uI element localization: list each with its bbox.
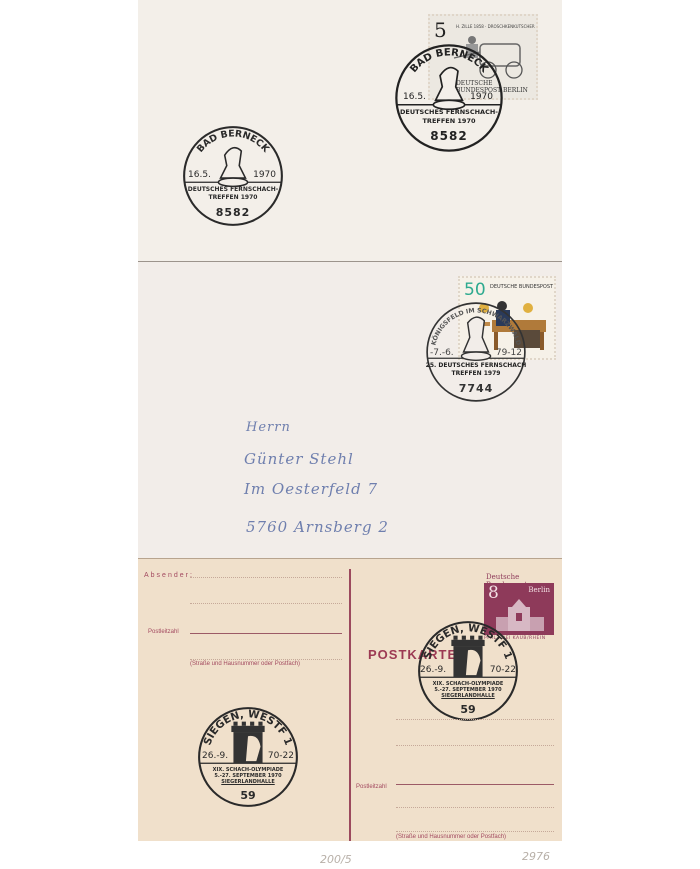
address-line-1	[396, 719, 554, 720]
postmark-koenigsfeld: KÖNIGSFELD IM SCHWARZWALD -7.-6. 79-12 2…	[424, 300, 528, 404]
postmark-event-line2: TREFFEN 1979	[424, 370, 528, 377]
envelope-koenigsfeld: 50 DEUTSCHE BUNDESPOST KÖNIGSFELD IM SCH…	[138, 261, 562, 559]
postmark-date: 26.-9.	[420, 665, 446, 675]
street-label-right: (Straße und Hausnummer oder Postfach)	[396, 834, 506, 840]
street-line-right	[396, 807, 554, 808]
stamp-value: 5	[434, 18, 447, 42]
postmark-date: 26.-9.	[202, 751, 228, 761]
postmark-bad-berneck-left: BAD BERNECK 16.5. 1970 DEUTSCHES FERNSCH…	[180, 124, 286, 228]
address-name: Günter Stehl	[244, 450, 354, 468]
stamp-value: 50	[464, 280, 486, 300]
street-label-left: (Straße und Hausnummer oder Postfach)	[190, 661, 300, 667]
stamp-overprint: Berlin	[528, 586, 550, 594]
postmark-postcode: 59	[196, 789, 300, 802]
postmark-time: 70-22	[490, 665, 516, 675]
postmark-date: 16.5.	[188, 170, 211, 180]
postmark-postcode: 59	[414, 703, 522, 716]
address-street: Im Oesterfeld 7	[244, 480, 378, 498]
sender-line-1	[190, 577, 342, 578]
sender-line-2	[190, 603, 342, 604]
postmark-bad-berneck-on-stamp: BAD BERNECK 16.5. 1970 DEUTSCHES FERNSCH…	[393, 42, 505, 154]
postcode-line-right	[396, 784, 554, 785]
sender-label: Absender:	[144, 572, 194, 579]
postmark-postcode: 8582	[393, 129, 505, 143]
postmark-date: 16.5.	[403, 92, 426, 102]
postmark-siegen-right: SIEGEN, WESTF 1 26.-9. 70-22 XIX. SCHACH…	[414, 619, 522, 723]
postmark-event-line3: SIEGERLANDHALLE	[196, 779, 300, 785]
postcard-siegen: Absender: Postleitzahl (Straße und Hausn…	[138, 558, 562, 841]
postmark-postcode: 7744	[424, 382, 528, 395]
postcard-divider	[349, 569, 351, 841]
postmark-siegen-left: SIEGEN, WESTF 1 26.-9. 70-22 XIX. SCHACH…	[196, 705, 300, 809]
street-line-right-2	[396, 831, 554, 832]
address-city: 5760 Arnsberg 2	[246, 518, 389, 536]
postmark-year: 1970	[253, 170, 276, 180]
stamp-top-caption: H. ZILLE 1858 · DROSCHKENKUTSCHER	[456, 24, 535, 29]
address-salutation: Herrn	[246, 420, 291, 435]
postmark-event-line2: TREFFEN 1970	[180, 194, 286, 201]
postmark-event-line1: DEUTSCHES FERNSCHACH-	[393, 108, 505, 116]
pencil-note-left: 200/5	[320, 853, 352, 866]
postcode-label-right: Postleitzahl	[356, 784, 387, 790]
postmark-event-line1: 25. DEUTSCHES FERNSCHACH	[424, 362, 528, 369]
postcode-label-left: Postleitzahl	[148, 629, 179, 635]
postmark-time: 79-12	[496, 348, 522, 358]
pencil-note-right: 2976	[522, 850, 550, 863]
street-line-left	[190, 659, 342, 660]
stamp-top-caption: DEUTSCHE BUNDESPOST	[490, 284, 553, 290]
postmark-date: -7.-6.	[430, 348, 454, 358]
address-line-2	[396, 745, 554, 746]
postcode-line-left	[190, 633, 342, 634]
envelope-bad-berneck: 5 H. ZILLE 1858 · DROSCHKENKUTSCHER DEUT…	[138, 0, 562, 261]
postmark-event-line2: TREFFEN 1970	[393, 117, 505, 125]
postmark-postcode: 8582	[180, 206, 286, 219]
postmark-event-line1: DEUTSCHES FERNSCHACH-	[180, 186, 286, 193]
postmark-year: 1970	[470, 92, 493, 102]
postmark-time: 70-22	[268, 751, 294, 761]
postmark-event-line3: SIEGERLANDHALLE	[414, 693, 522, 699]
